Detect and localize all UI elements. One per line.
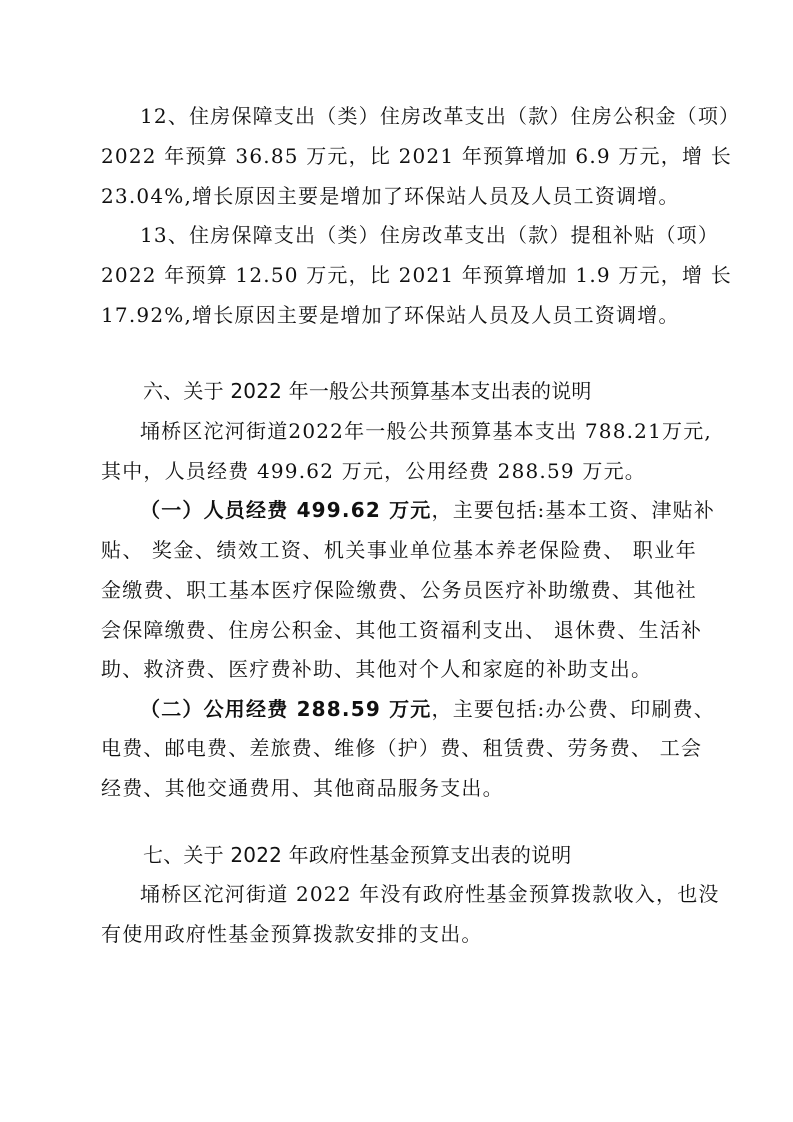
item12-line1: 12、住房保障支出（类）住房改革支出（款）住房公积金（项） — [140, 103, 697, 129]
personnel-line4: 会保障缴费、住房公积金、其他工资福利支出、 退休费、生活补 — [101, 617, 697, 643]
public-label: （二）公用经费 288.59 万元 — [140, 697, 432, 721]
public-line3: 经费、其他交通费用、其他商品服务支出。 — [101, 775, 697, 801]
personnel-line2: 贴、 奖金、绩效工资、机关事业单位基本养老保险费、 职业年 — [101, 537, 697, 563]
item13-line3: 17.92%,增长原因主要是增加了环保站人员及人员工资调增。 — [101, 302, 697, 328]
section7-para1-line2: 有使用政府性基金预算拨款安排的支出。 — [101, 921, 697, 947]
section7-heading: 七、关于 2022 年政府性基金预算支出表的说明 — [143, 842, 739, 868]
personnel-line1: （一）人员经费 499.62 万元，主要包括:基本工资、津贴补 — [140, 497, 697, 523]
item13-line1: 13、住房保障支出（类）住房改革支出（款）提租补贴（项） — [140, 222, 697, 248]
section6-heading: 六、关于 2022 年一般公共预算基本支出表的说明 — [143, 378, 739, 404]
personnel-label: （一）人员经费 499.62 万元 — [140, 498, 432, 522]
personnel-line3: 金缴费、职工基本医疗保险缴费、公务员医疗补助缴费、其他社 — [101, 577, 697, 603]
item12-line2: 2022 年预算 36.85 万元，比 2021 年预算增加 6.9 万元，增 … — [101, 143, 697, 169]
personnel-line1-rest: ，主要包括:基本工资、津贴补 — [432, 498, 716, 522]
section6-para1-line1: 埇桥区沱河街道2022年一般公共预算基本支出 788.21万元, — [140, 418, 697, 444]
public-line2: 电费、邮电费、差旅费、维修（护）费、租赁费、劳务费、 工会 — [101, 735, 697, 761]
public-line1-rest: ，主要包括:办公费、印刷费、 — [432, 697, 716, 721]
document-page: 12、住房保障支出（类）住房改革支出（款）住房公积金（项） 2022 年预算 3… — [0, 0, 793, 1122]
section7-para1-line1: 埇桥区沱河街道 2022 年没有政府性基金预算拨款收入，也没 — [140, 881, 697, 907]
section6-para1-line2: 其中，人员经费 499.62 万元，公用经费 288.59 万元。 — [101, 458, 697, 484]
public-line1: （二）公用经费 288.59 万元，主要包括:办公费、印刷费、 — [140, 696, 697, 722]
item12-line3: 23.04%,增长原因主要是增加了环保站人员及人员工资调增。 — [101, 183, 697, 209]
personnel-line5: 助、救济费、医疗费补助、其他对个人和家庭的补助支出。 — [101, 656, 697, 682]
item13-line2: 2022 年预算 12.50 万元，比 2021 年预算增加 1.9 万元，增 … — [101, 262, 697, 288]
